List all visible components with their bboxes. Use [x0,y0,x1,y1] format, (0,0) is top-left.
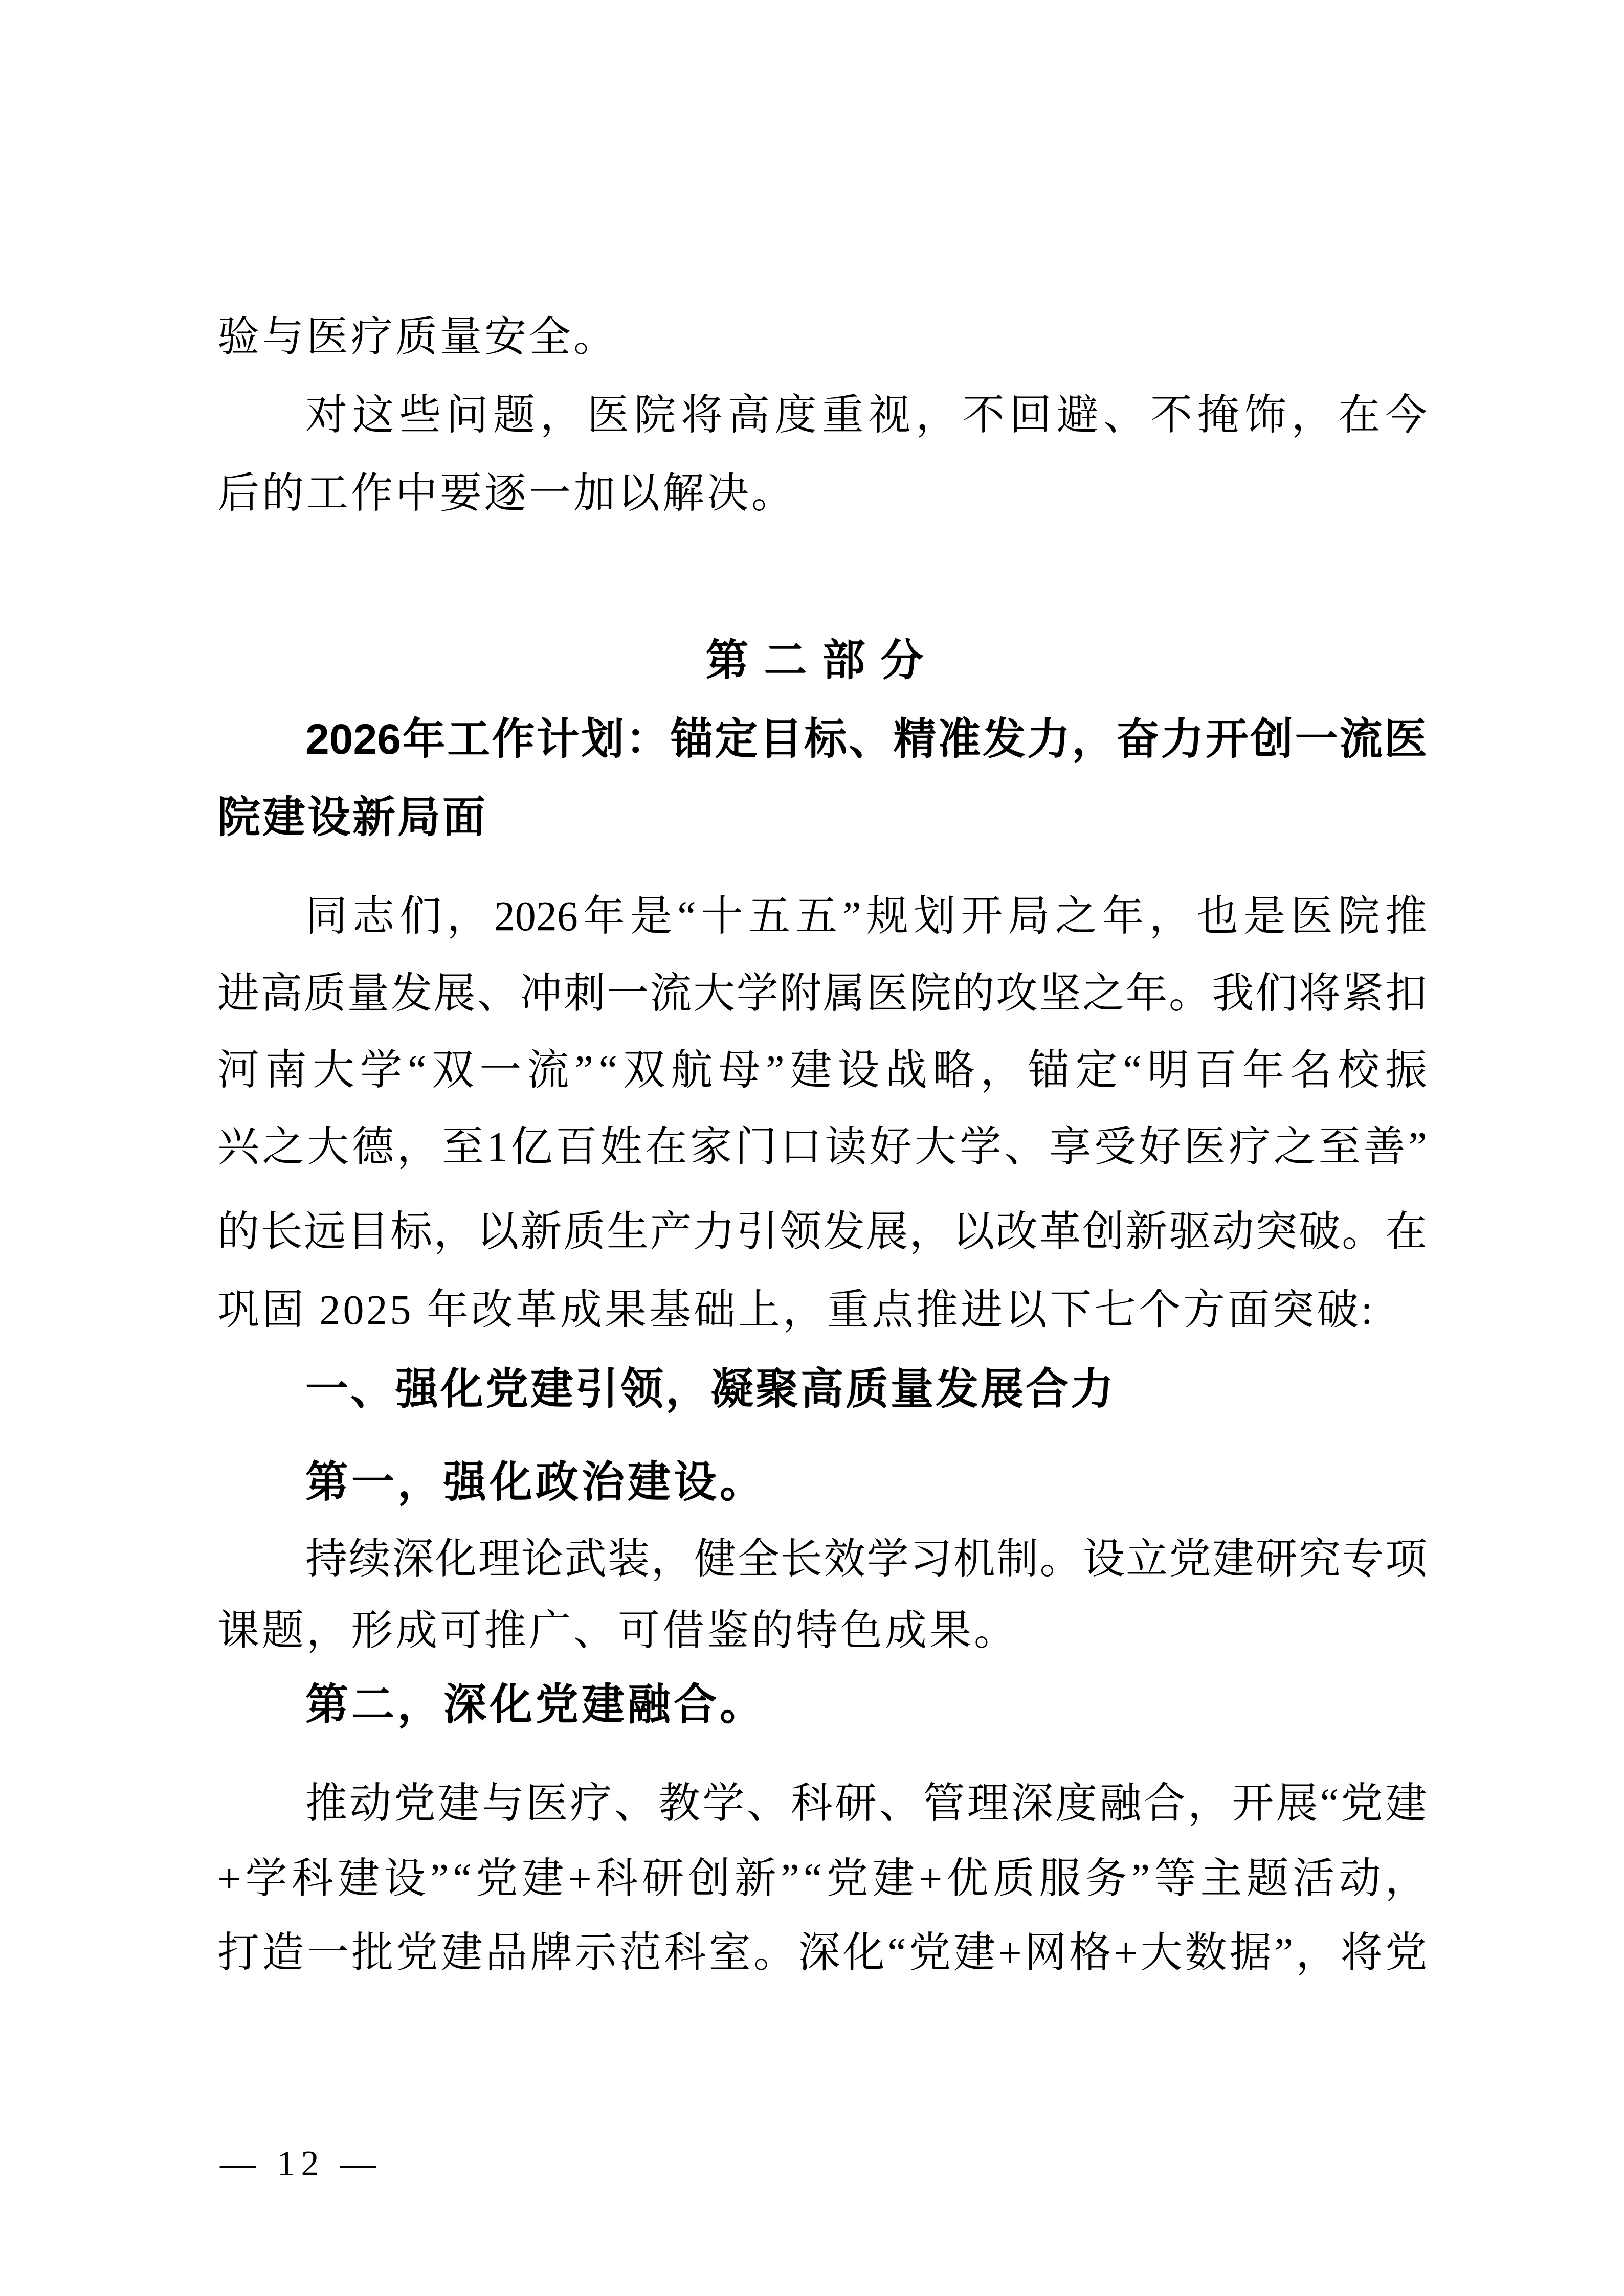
section-heading-line: 2026 年工作计划：锚定目标、精准发力，奋力开创一流医 [305,714,1427,771]
page-number: — 12 — [220,2144,382,2185]
body-line: 进高质量发展、冲刺一流大学附属医院的攻坚之年。我们将紧扣 [217,970,1427,1026]
body-line: 对这些问题，医院将高度重视，不回避、不掩饰，在今 [305,391,1427,447]
body-line: 课题，形成可推广、可借鉴的特色成果。 [217,1607,1427,1663]
body-line: 同志们，2026 年是“十五五”规划开局之年，也是医院推 [305,892,1427,949]
body-line: 兴之大德，至 1 亿百姓在家门口读好大学、享受好医疗之至善” [217,1123,1427,1179]
body-line: 巩固 2025 年改革成果基础上，重点推进以下七个方面突破: [217,1286,1427,1342]
item-heading: 第二，深化党建融合。 [217,1681,1427,1737]
body-line: 打造一批党建品牌示范科室。深化“党建+网格+大数据”，将党 [217,1929,1427,1985]
document-page: 验与医疗质量安全。 对这些问题，医院将高度重视，不回避、不掩饰，在今 后的工作中… [0,0,1624,2296]
body-line: 后的工作中要逐一加以解决。 [217,469,1427,526]
body-line: 持续深化理论武装，健全长效学习机制。设立党建研究专项 [305,1535,1427,1591]
subsection-heading: 一、强化党建引领，凝聚高质量发展合力 [217,1364,1427,1421]
section-heading-line: 院建设新局面 [217,793,1427,849]
body-line: 推动党建与医疗、教学、科研、管理深度融合，开展“党建 [305,1780,1427,1836]
section-title: 第二部分 [217,636,1427,692]
item-heading: 第一，强化政治建设。 [217,1458,1427,1515]
body-line: 验与医疗质量安全。 [217,313,1427,369]
body-line: 的长远目标，以新质生产力引领发展，以改革创新驱动突破。在 [217,1208,1427,1264]
body-line: 河南大学“双一流”“双航母”建设战略，锚定“明百年名校振 [217,1046,1427,1102]
body-line: +学科建设”“党建+科研创新”“党建+优质服务”等主题活动， [217,1855,1427,1911]
